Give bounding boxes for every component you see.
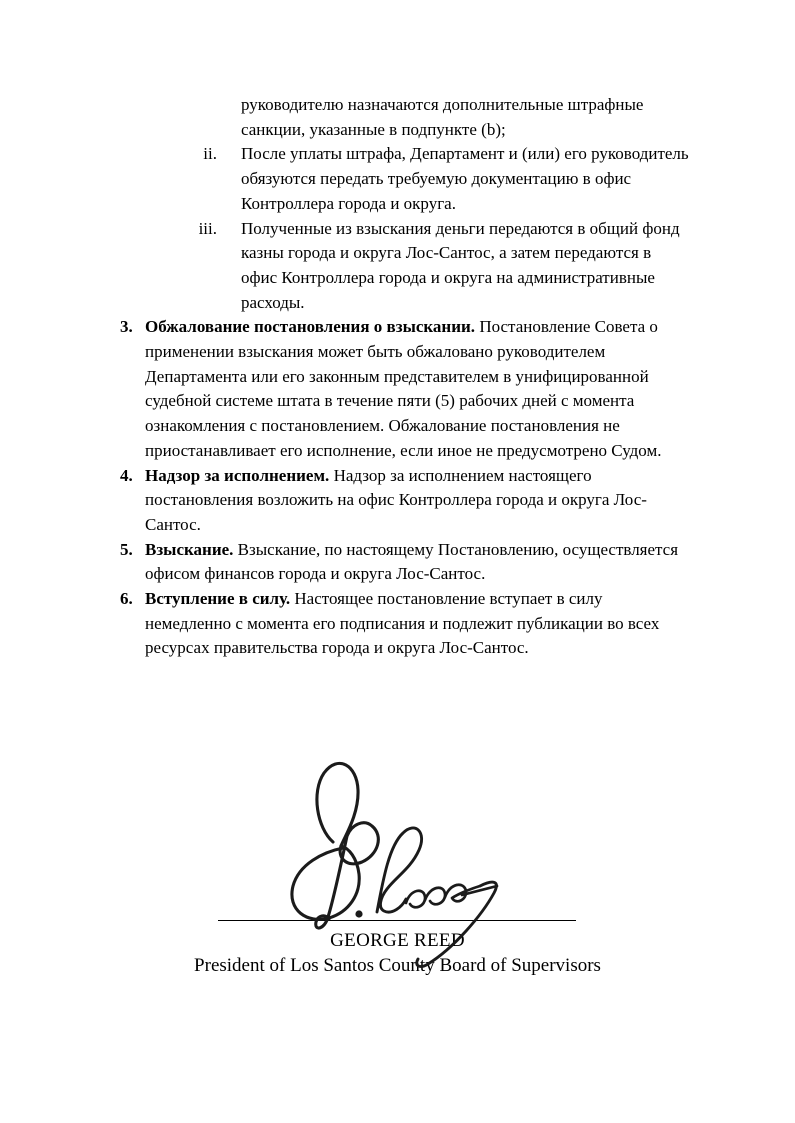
item-6-title: Вступление в силу. bbox=[145, 589, 290, 608]
item-3-body: Постановление Совета о применении взыска… bbox=[145, 317, 661, 460]
item-4-title: Надзор за исполнением. bbox=[145, 466, 329, 485]
signature-e2 bbox=[425, 888, 445, 905]
ordinance-item-4: 4. Надзор за исполнением. Надзор за испо… bbox=[120, 464, 730, 538]
item-3-title: Обжалование постановления о взыскании. bbox=[145, 317, 475, 336]
signature-crossbar bbox=[462, 886, 497, 895]
signatory-name: GEORGE REED bbox=[0, 928, 795, 953]
signature-period-dot bbox=[355, 910, 362, 917]
signature-g-bowl bbox=[292, 846, 359, 919]
item-4-text: Надзор за исполнением. Надзор за исполне… bbox=[145, 464, 685, 538]
subitem-ii: ii. После уплаты штрафа, Департамент и (… bbox=[195, 142, 730, 216]
item-3-number: 3. bbox=[120, 315, 145, 463]
item-3-text: Обжалование постановления о взыскании. П… bbox=[145, 315, 685, 463]
subitem-iii-text: Полученные из взыскания деньги передаютс… bbox=[241, 217, 689, 316]
subitem-i-continuation-text: руководителю назначаются дополнительные … bbox=[241, 93, 689, 142]
document-body: руководителю назначаются дополнительные … bbox=[120, 93, 730, 661]
signatory-title: President of Los Santos County Board of … bbox=[0, 953, 795, 978]
item-6-text: Вступление в силу. Настоящее постановлен… bbox=[145, 587, 685, 661]
ordinance-item-3: 3. Обжалование постановления о взыскании… bbox=[120, 315, 730, 463]
item-5-number: 5. bbox=[120, 538, 145, 587]
subitem-iii: iii. Полученные из взыскания деньги пере… bbox=[195, 217, 730, 316]
signature-r bbox=[377, 828, 422, 912]
item-5-text: Взыскание. Взыскание, по настоящему Пост… bbox=[145, 538, 685, 587]
signature-e1 bbox=[406, 891, 425, 908]
document-page: руководителю назначаются дополнительные … bbox=[0, 0, 795, 1123]
item-4-number: 4. bbox=[120, 464, 145, 538]
subitem-ii-text: После уплаты штрафа, Департамент и (или)… bbox=[241, 142, 689, 216]
ordinance-item-6: 6. Вступление в силу. Настоящее постанов… bbox=[120, 587, 730, 661]
item-6-number: 6. bbox=[120, 587, 145, 661]
signature-line bbox=[218, 920, 576, 921]
ordinance-item-5: 5. Взыскание. Взыскание, по настоящему П… bbox=[120, 538, 730, 587]
signature-g-stem bbox=[316, 836, 347, 928]
subitem-iii-marker: iii. bbox=[195, 217, 217, 316]
subitem-ii-marker: ii. bbox=[195, 142, 217, 216]
signature-g-top-loop bbox=[317, 763, 378, 863]
signature-e3 bbox=[445, 885, 480, 902]
item-5-title: Взыскание. bbox=[145, 540, 233, 559]
